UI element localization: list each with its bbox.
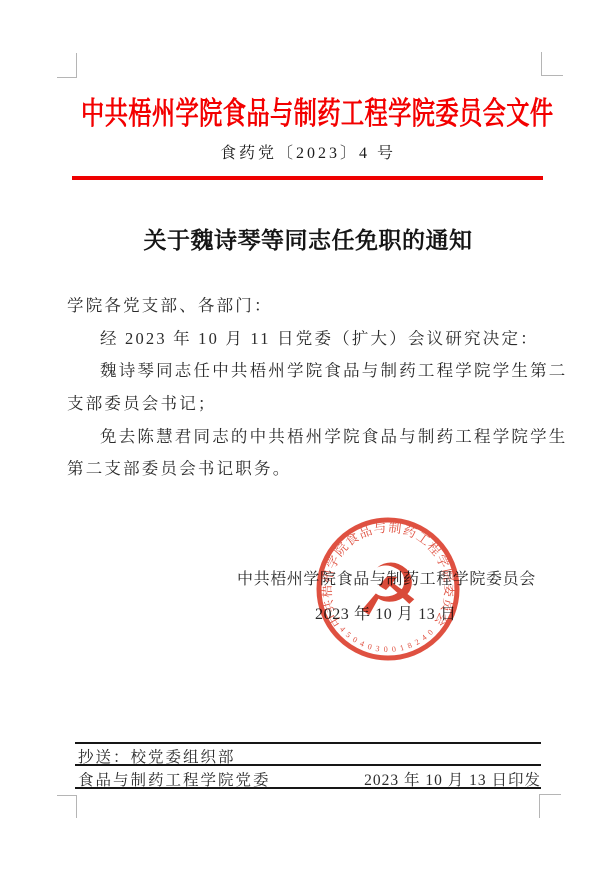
crop-mark-bottom-left-icon (57, 795, 77, 818)
footer-rule-bottom (75, 787, 541, 789)
body-line: 免去陈慧君同志的中共梧州学院食品与制药工程学院学生 (67, 421, 548, 454)
footer-rule-top (75, 742, 541, 744)
crop-mark-top-left-icon (57, 53, 77, 78)
header-org-title: 中共梧州学院食品与制药工程学院委员会文件 (81, 88, 543, 133)
red-separator-rule (72, 176, 543, 180)
hammer-sickle-emblem-icon: ☭ (356, 548, 421, 632)
body-line-salutation: 学院各党支部、各部门： (67, 290, 548, 323)
body-line: 支部委员会书记； (67, 388, 548, 421)
crop-mark-bottom-right-icon (539, 794, 561, 818)
document-number: 食药党〔2023〕4 号 (0, 140, 616, 163)
body-line: 魏诗琴同志任中共梧州学院食品与制药工程学院学生第二 (67, 355, 548, 388)
notice-title: 关于魏诗琴等同志任免职的通知 (0, 222, 616, 255)
body-line: 第二支部委员会书记职务。 (67, 453, 548, 486)
official-seal: 中共梧州学院食品与制药工程学院委员会 ☭ 4504030018240 (313, 514, 463, 664)
document-page: 中共梧州学院食品与制药工程学院委员会文件 食药党〔2023〕4 号 关于魏诗琴等… (0, 0, 616, 874)
body-line: 经 2023 年 10 月 11 日党委（扩大）会议研究决定： (67, 323, 548, 356)
crop-mark-top-right-icon (541, 52, 563, 76)
footer-rule-middle (75, 764, 541, 766)
notice-body: 学院各党支部、各部门： 经 2023 年 10 月 11 日党委（扩大）会议研究… (67, 290, 548, 486)
